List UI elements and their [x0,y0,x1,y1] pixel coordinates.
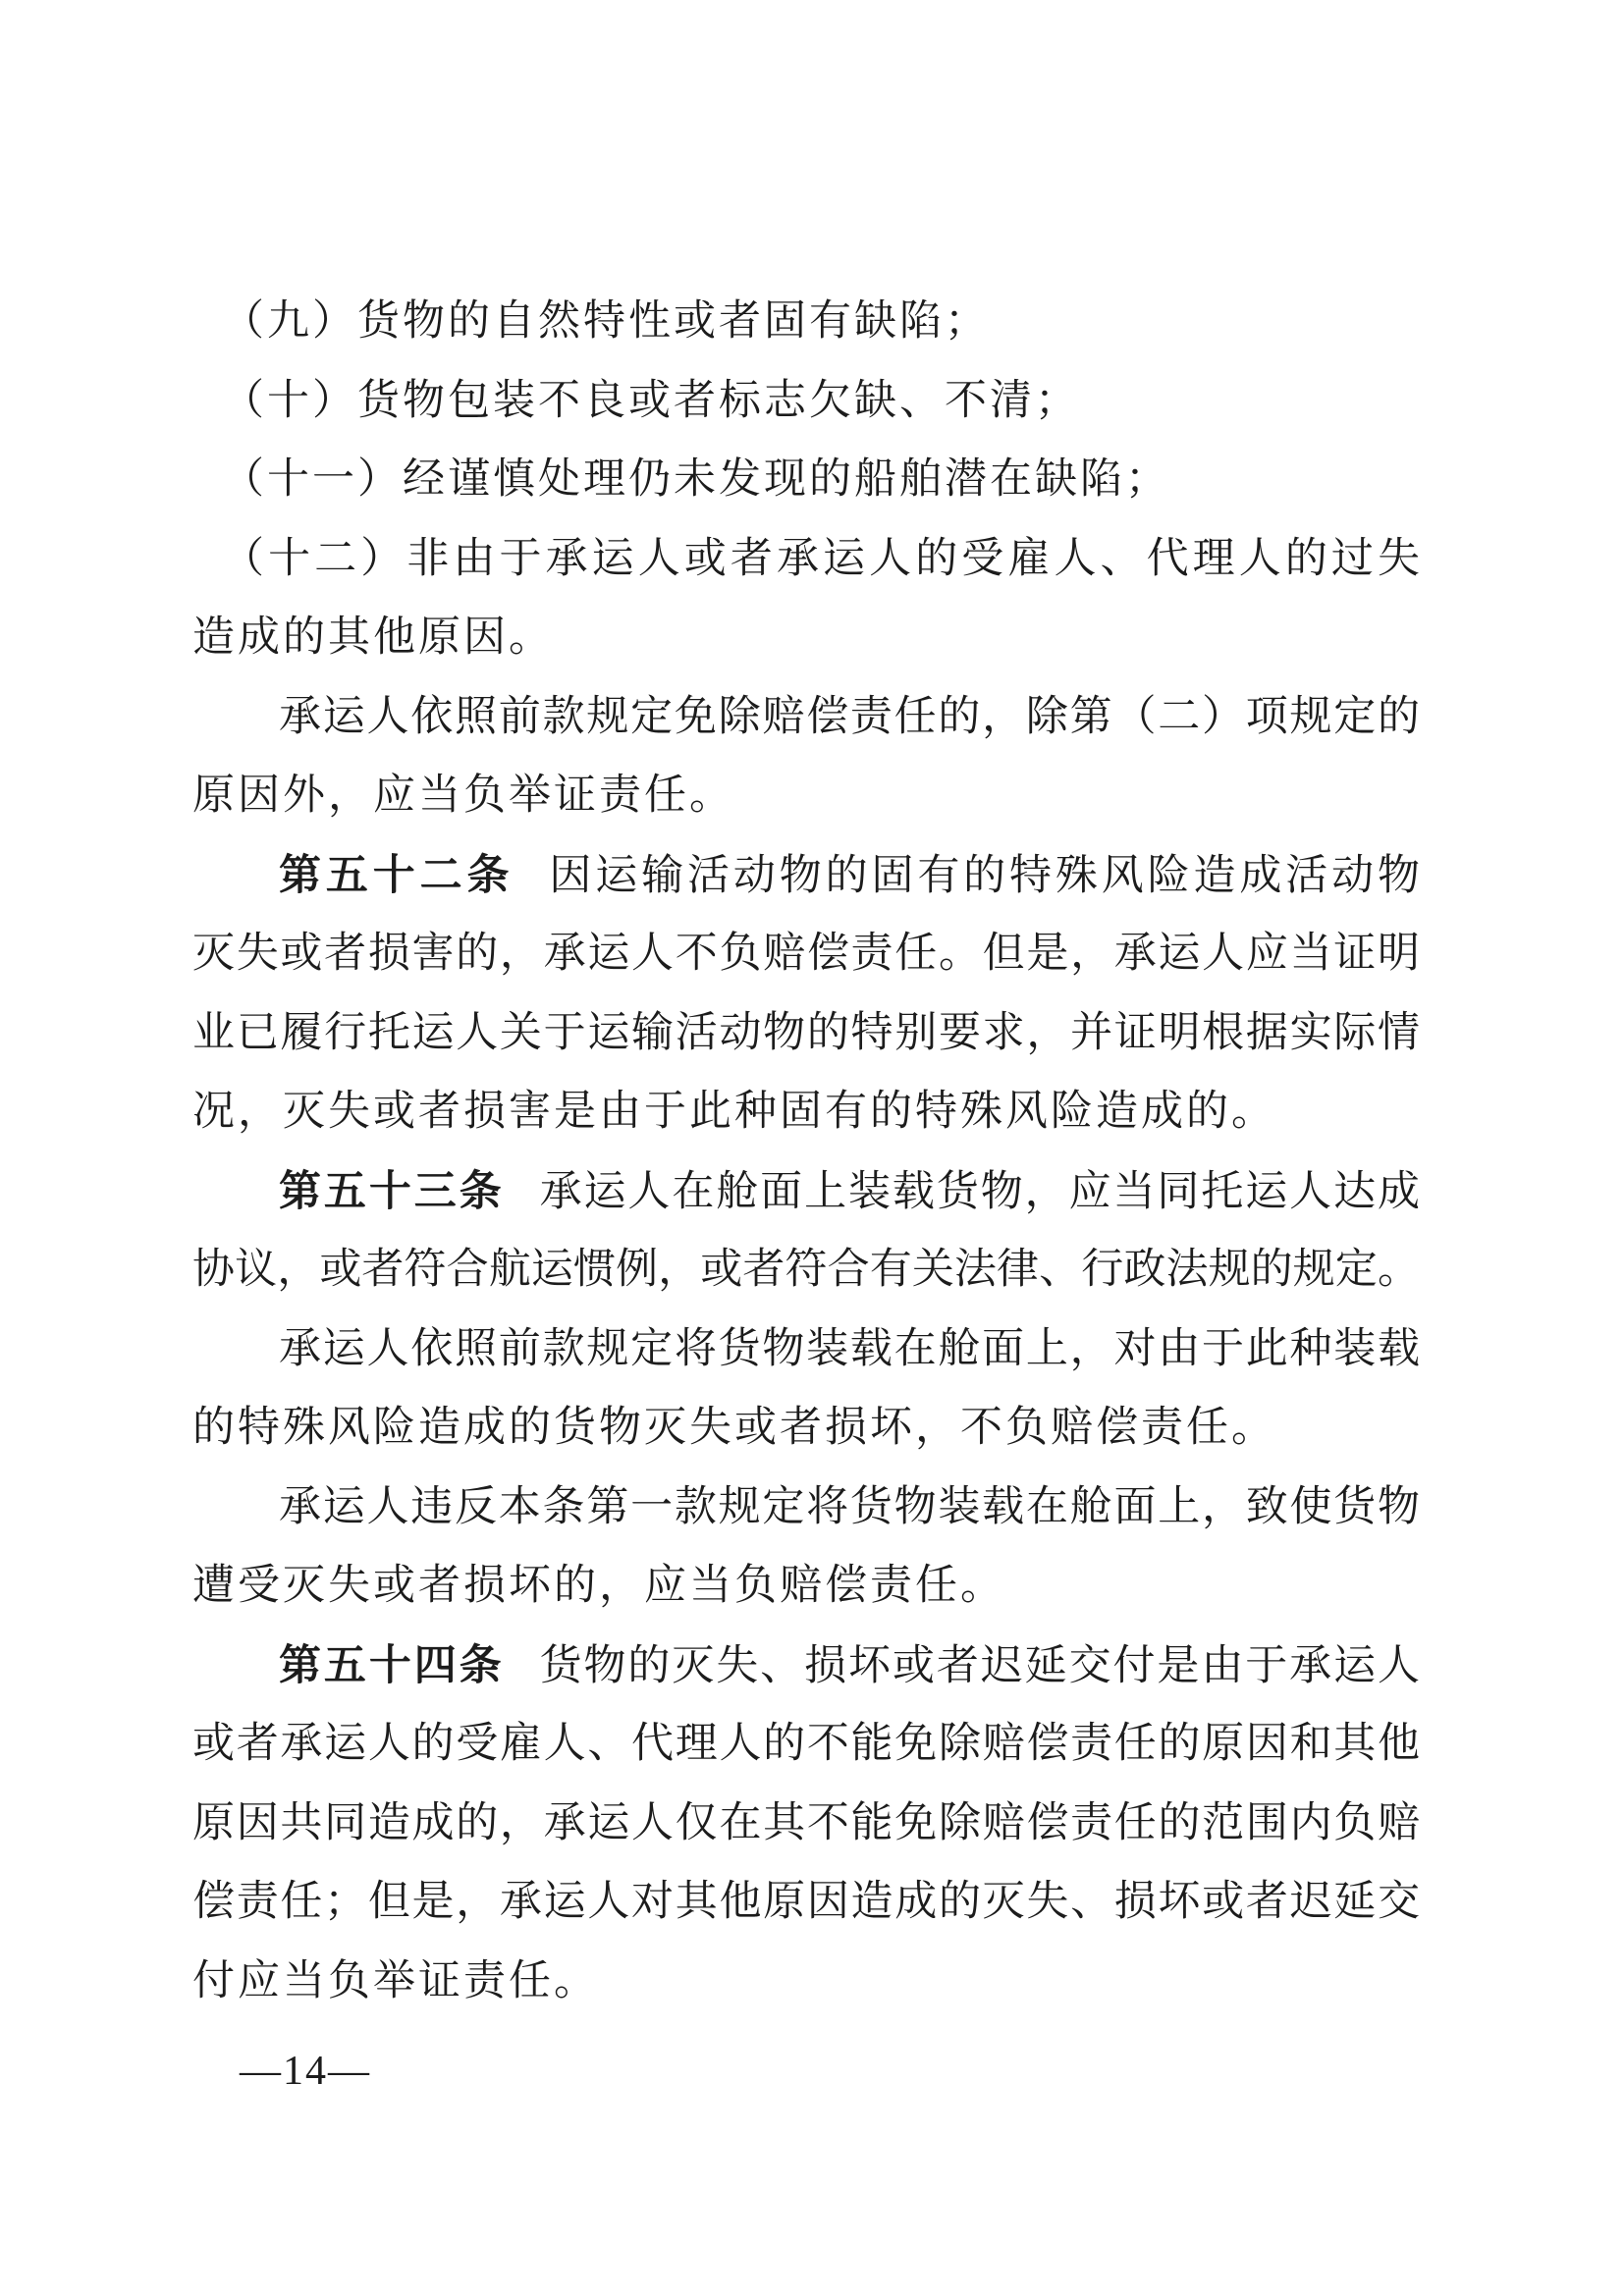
text-line: 协议，或者符合航运惯例，或者符合有关法律、行政法规的规定。 [192,1231,1420,1310]
line-text: 造成的其他原因。 [192,614,554,661]
line-text: （十）货物包装不良或者标志欠缺、不清； [222,378,1080,424]
line-text: 的特殊风险造成的货物灭失或者损坏，不负赔偿责任。 [192,1405,1276,1451]
line-text: （十一）经谨慎处理仍未发现的船舶潜在缺陷； [222,456,1170,503]
text-line: 业已履行托运人关于运输活动物的特别要求，并证明根据实际情 [192,994,1420,1074]
article-number-heading: 第五十二条 [279,852,514,899]
line-text: 承运人依照前款规定免除赔偿责任的，除第（二）项规定的 [279,694,1420,740]
line-text: 遭受灭失或者损坏的，应当负赔偿责任。 [192,1563,1005,1609]
line-text: 协议，或者符合航运惯例，或者符合有关法律、行政法规的规定。 [192,1247,1420,1293]
text-line: （十）货物包装不良或者标志欠缺、不清； [192,362,1420,442]
text-line: 灭失或者损害的，承运人不负赔偿责任。但是，承运人应当证明 [192,915,1420,994]
article-number-heading: 第五十四条 [279,1642,505,1689]
line-text: 承运人在舱面上装载货物，应当同托运人达成 [540,1169,1420,1215]
line-text: 原因外，应当负举证责任。 [192,773,734,819]
text-line: 承运人依照前款规定免除赔偿责任的，除第（二）项规定的 [192,678,1420,758]
text-line: 第五十三条承运人在舱面上装载货物，应当同托运人达成 [192,1152,1420,1232]
line-text: 付应当负举证责任。 [192,1958,599,2004]
line-text: （十二）非由于承运人或者承运人的受雇人、代理人的过失 [222,536,1420,582]
line-text: 承运人违反本条第一款规定将货物装载在舱面上，致使货物 [279,1484,1420,1530]
text-line: 偿责任；但是，承运人对其他原因造成的灭失、损坏或者迟延交 [192,1863,1420,1943]
line-text: 货物的灭失、损坏或者迟延交付是由于承运人 [540,1643,1420,1689]
line-text: 业已履行托运人关于运输活动物的特别要求，并证明根据实际情 [192,1010,1420,1056]
line-text: 因运输活动物的固有的特殊风险造成活动物 [549,853,1420,899]
text-block: （九）货物的自然特性或者固有缺陷； （十）货物包装不良或者标志欠缺、不清； （十… [192,283,1420,2021]
article-number-heading: 第五十三条 [279,1168,505,1215]
line-text: 况，灭失或者损害是由于此种固有的特殊风险造成的。 [192,1089,1276,1135]
text-line: （九）货物的自然特性或者固有缺陷； [192,283,1420,362]
text-line: 付应当负举证责任。 [192,1943,1420,2022]
line-text: 承运人依照前款规定将货物装载在舱面上，对由于此种装载 [279,1326,1420,1372]
text-line: 第五十二条因运输活动物的固有的特殊风险造成活动物 [192,836,1420,916]
text-line: 第五十四条货物的灭失、损坏或者迟延交付是由于承运人 [192,1627,1420,1706]
line-text: （九）货物的自然特性或者固有缺陷； [222,298,990,345]
text-line: 造成的其他原因。 [192,599,1420,678]
text-line: 承运人依照前款规定将货物装载在舱面上，对由于此种装载 [192,1310,1420,1390]
text-line: 的特殊风险造成的货物灭失或者损坏，不负赔偿责任。 [192,1389,1420,1468]
text-line: 遭受灭失或者损坏的，应当负赔偿责任。 [192,1547,1420,1627]
text-line: （十一）经谨慎处理仍未发现的船舶潜在缺陷； [192,441,1420,520]
line-text: 灭失或者损害的，承运人不负赔偿责任。但是，承运人应当证明 [192,931,1420,977]
text-line: 原因共同造成的，承运人仅在其不能免除赔偿责任的范围内负赔 [192,1785,1420,1864]
text-line: 承运人违反本条第一款规定将货物装载在舱面上，致使货物 [192,1468,1420,1548]
page-number-footer: —14— [240,2049,371,2094]
line-text: 偿责任；但是，承运人对其他原因造成的灭失、损坏或者迟延交 [192,1879,1420,1925]
text-line: 况，灭失或者损害是由于此种固有的特殊风险造成的。 [192,1073,1420,1152]
text-line: 原因外，应当负举证责任。 [192,757,1420,836]
line-text: 原因共同造成的，承运人仅在其不能免除赔偿责任的范围内负赔 [192,1800,1420,1846]
text-line: （十二）非由于承运人或者承运人的受雇人、代理人的过失 [192,520,1420,600]
document-page: （九）货物的自然特性或者固有缺陷； （十）货物包装不良或者标志欠缺、不清； （十… [0,0,1624,2296]
text-line: 或者承运人的受雇人、代理人的不能免除赔偿责任的原因和其他 [192,1705,1420,1785]
line-text: 或者承运人的受雇人、代理人的不能免除赔偿责任的原因和其他 [192,1721,1420,1767]
